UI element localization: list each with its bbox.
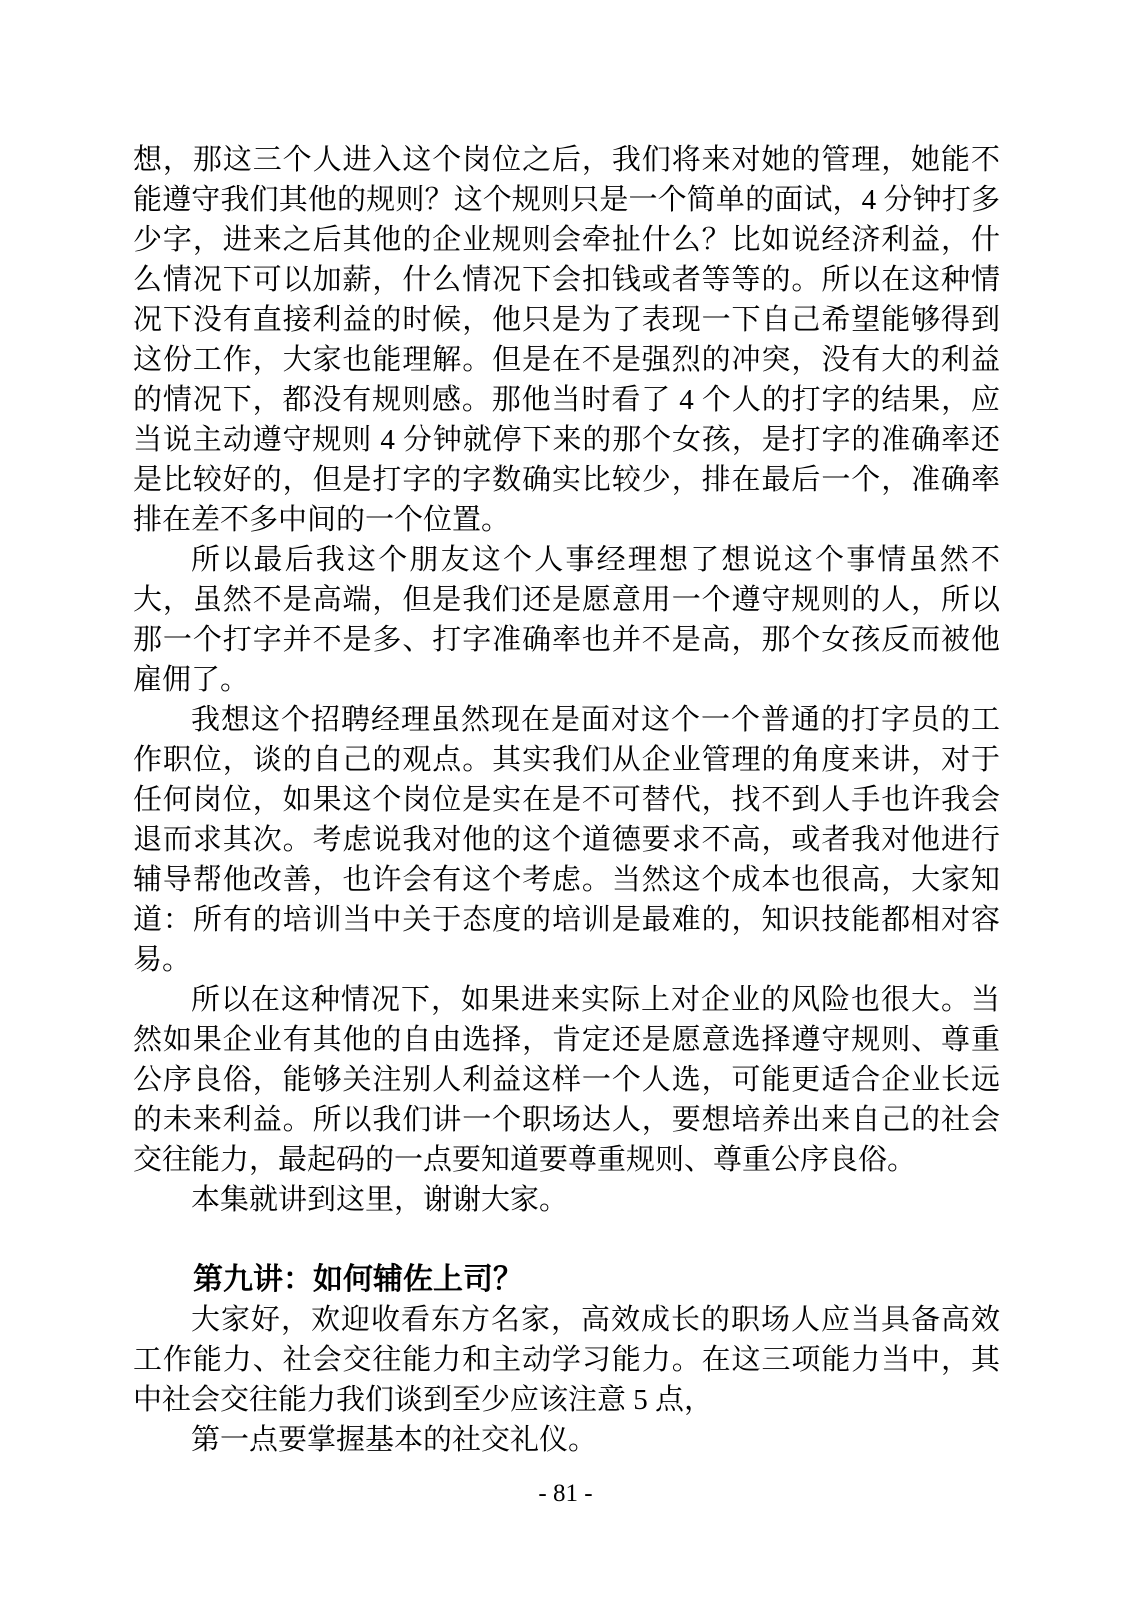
page-body: 想，那这三个人进入这个岗位之后，我们将来对她的管理，她能不能遵守我们其他的规则？… — [133, 140, 1000, 1460]
document-page: 想，那这三个人进入这个岗位之后，我们将来对她的管理，她能不能遵守我们其他的规则？… — [0, 0, 1131, 1600]
body-paragraph: 所以最后我这个朋友这个人事经理想了想说这个事情虽然不大，虽然不是高端，但是我们还… — [133, 540, 1000, 700]
body-paragraph: 我想这个招聘经理虽然现在是面对这个一个普通的打字员的工作职位，谈的自己的观点。其… — [133, 700, 1000, 980]
body-paragraph: 第一点要掌握基本的社交礼仪。 — [133, 1420, 1000, 1460]
body-paragraph: 大家好，欢迎收看东方名家，高效成长的职场人应当具备高效工作能力、社会交往能力和主… — [133, 1300, 1000, 1420]
section-heading: 第九讲：如何辅佐上司？ — [133, 1260, 1000, 1300]
body-paragraph: 想，那这三个人进入这个岗位之后，我们将来对她的管理，她能不能遵守我们其他的规则？… — [133, 140, 1000, 540]
page-number: - 81 - — [538, 1480, 592, 1507]
body-paragraph: 本集就讲到这里，谢谢大家。 — [133, 1180, 1000, 1220]
page-footer: - 81 - — [0, 1478, 1131, 1510]
body-paragraph: 所以在这种情况下，如果进来实际上对企业的风险也很大。当然如果企业有其他的自由选择… — [133, 980, 1000, 1180]
